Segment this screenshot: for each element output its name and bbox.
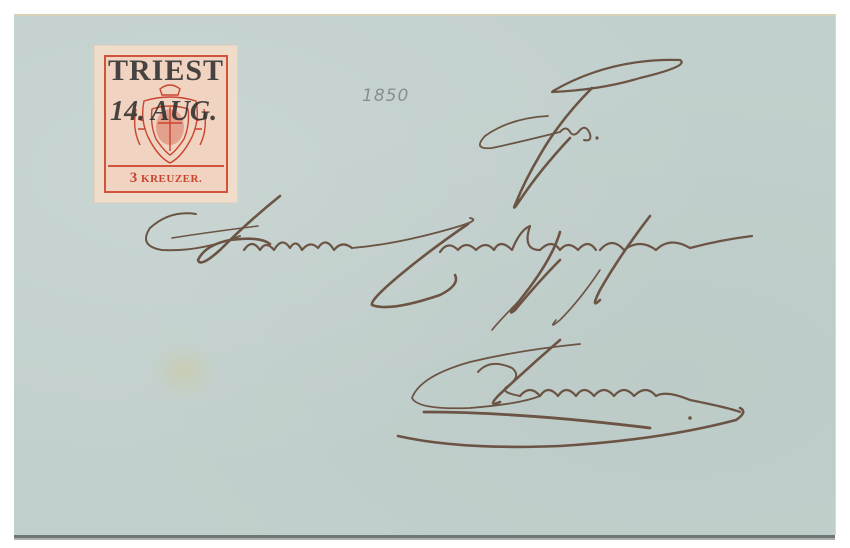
salutation-script [480,60,682,208]
name-script [146,196,752,330]
handwritten-address [0,0,850,548]
city-script [398,340,743,447]
